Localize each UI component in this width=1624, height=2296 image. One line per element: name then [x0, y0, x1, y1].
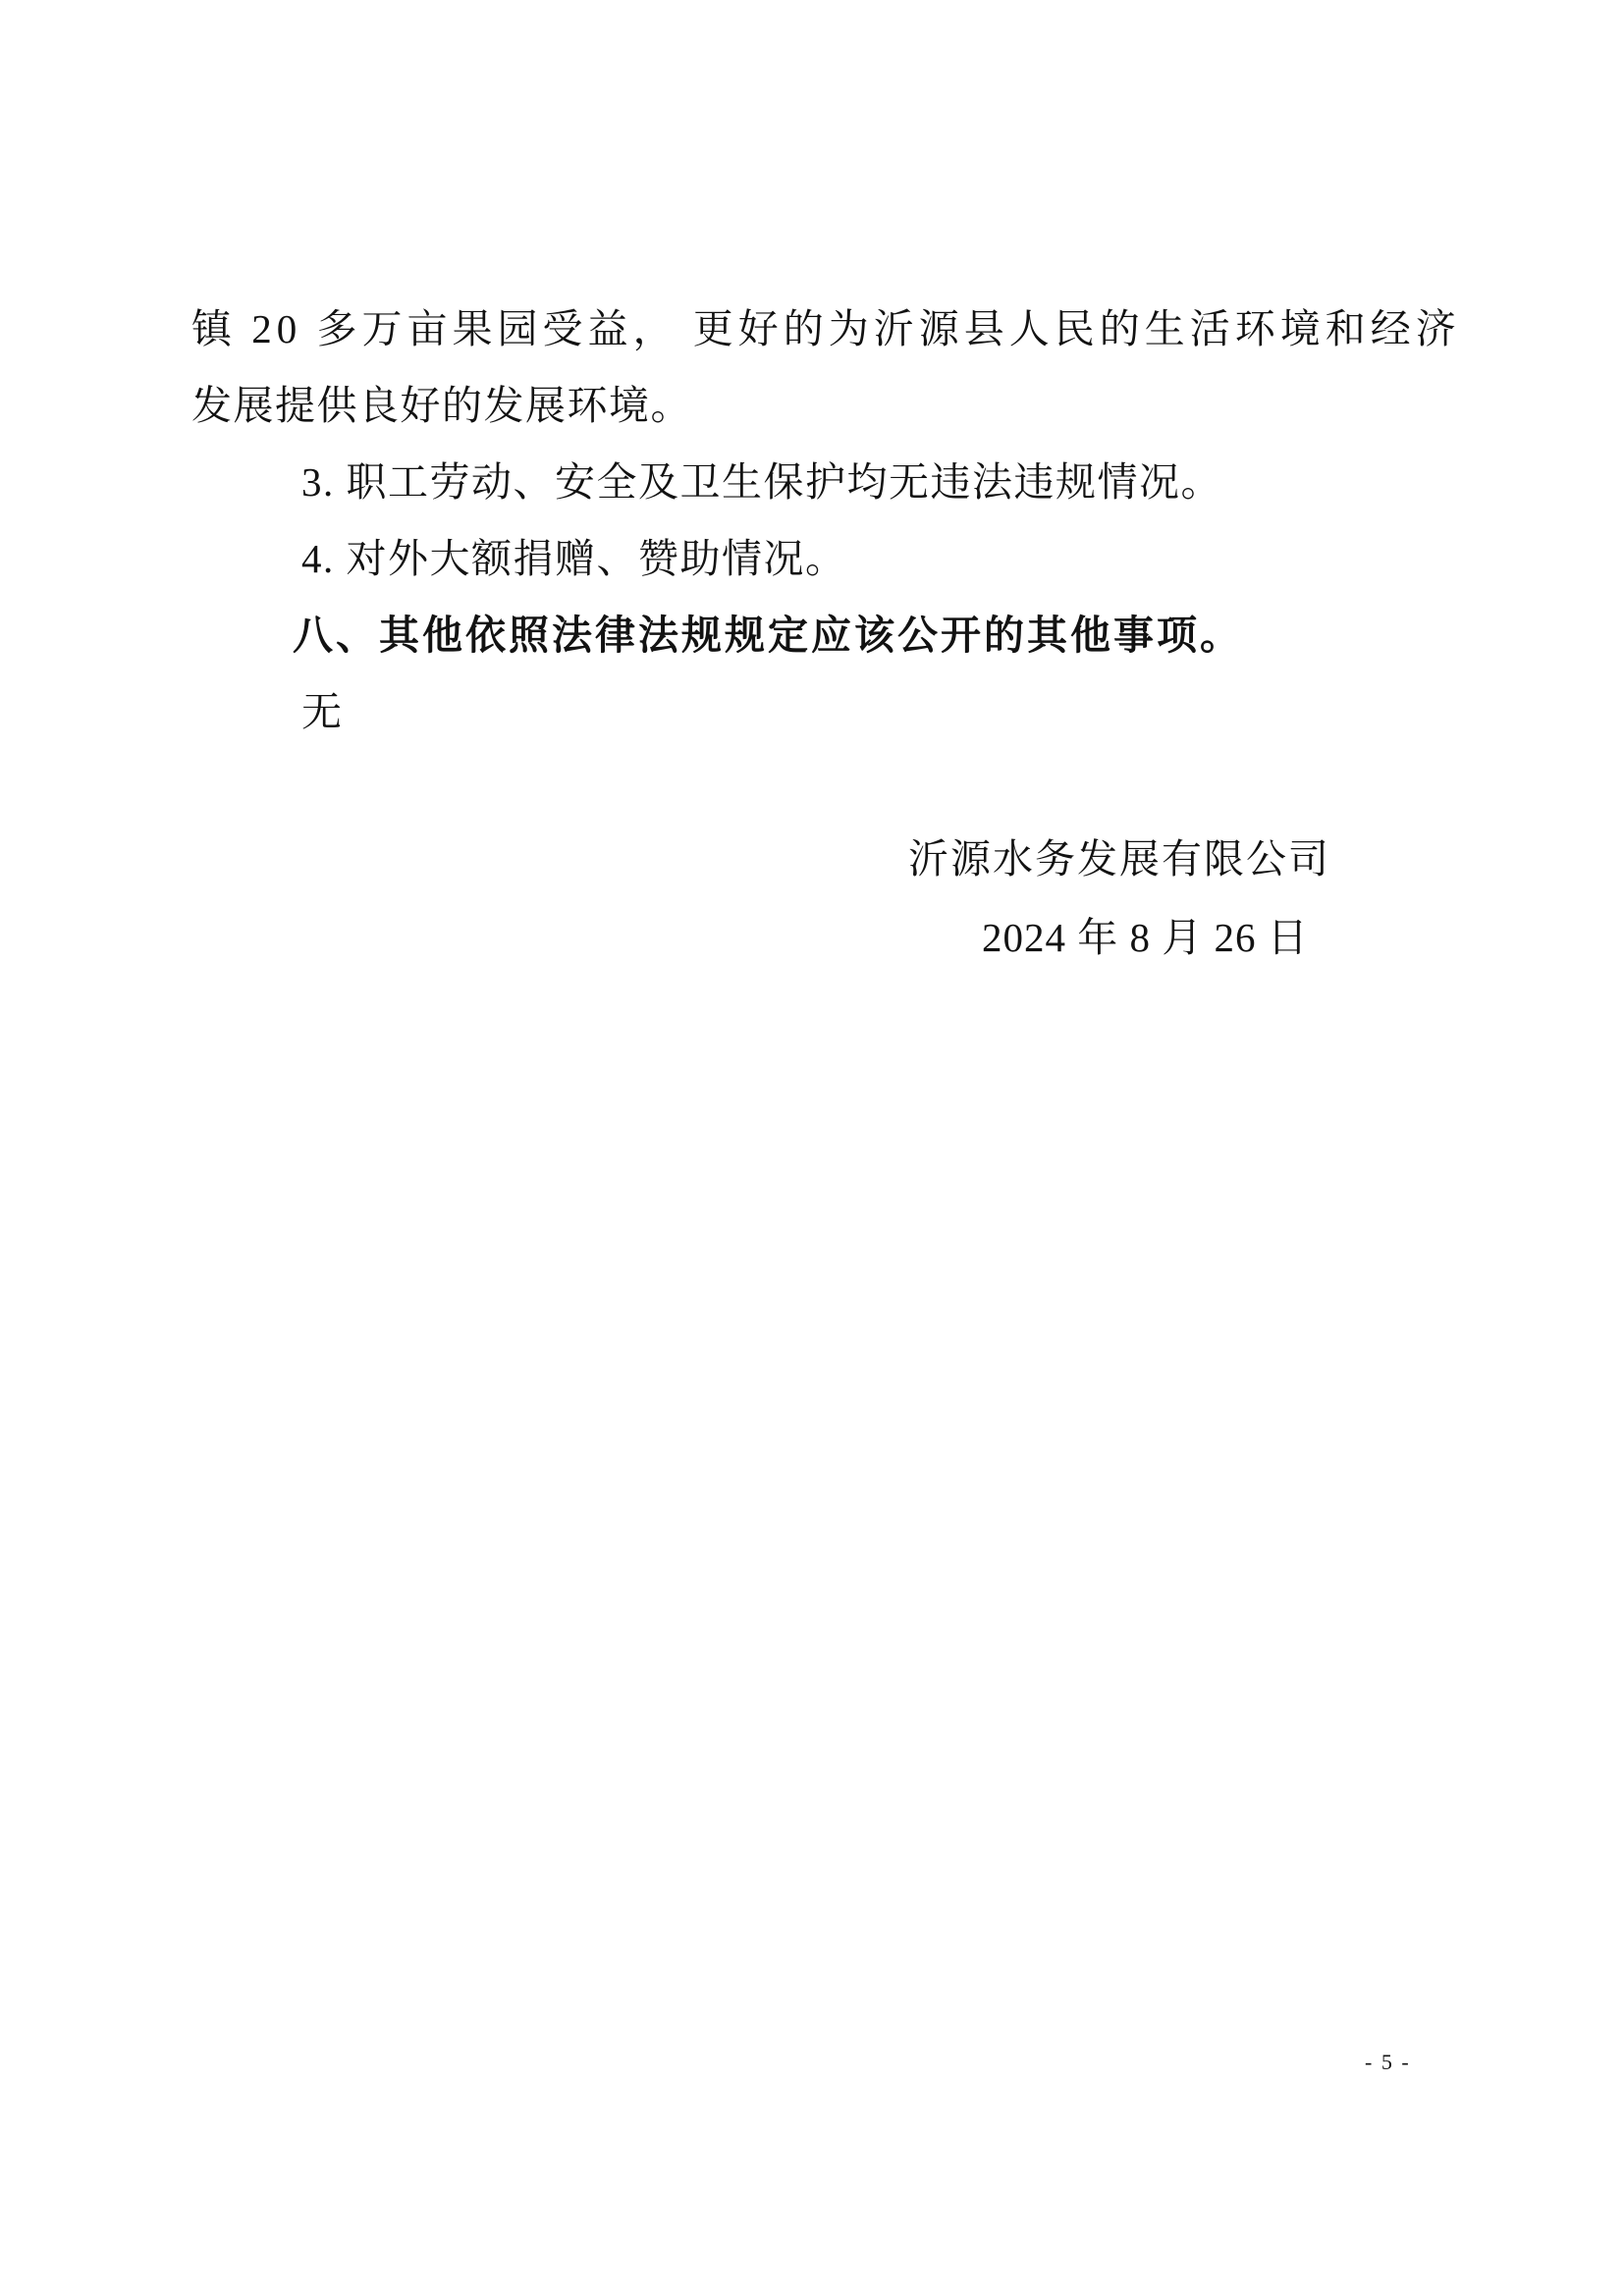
signature-company-name: 沂源水务发展有限公司 [908, 834, 1330, 884]
list-item-3: 3. 职工劳动、安全及卫生保护均无违法违规情况。 [301, 457, 1222, 507]
section-heading-8: 八、其他依照法律法规规定应该公开的其他事项。 [293, 611, 1243, 661]
paragraph-continuation-line-1: 镇 20 多万亩果园受益， 更好的为沂源县人民的生活环境和经济 [191, 304, 1461, 354]
document-page: 镇 20 多万亩果园受益， 更好的为沂源县人民的生活环境和经济 发展提供良好的发… [0, 0, 1624, 2296]
page-number: - 5 - [1365, 2050, 1411, 2075]
signature-date: 2024 年 8 月 26 日 [982, 913, 1309, 963]
paragraph-continuation-line-2: 发展提供良好的发展环境。 [191, 381, 692, 431]
list-item-4: 4. 对外大额捐赠、赞助情况。 [301, 534, 847, 584]
empty-note: 无 [301, 687, 342, 737]
